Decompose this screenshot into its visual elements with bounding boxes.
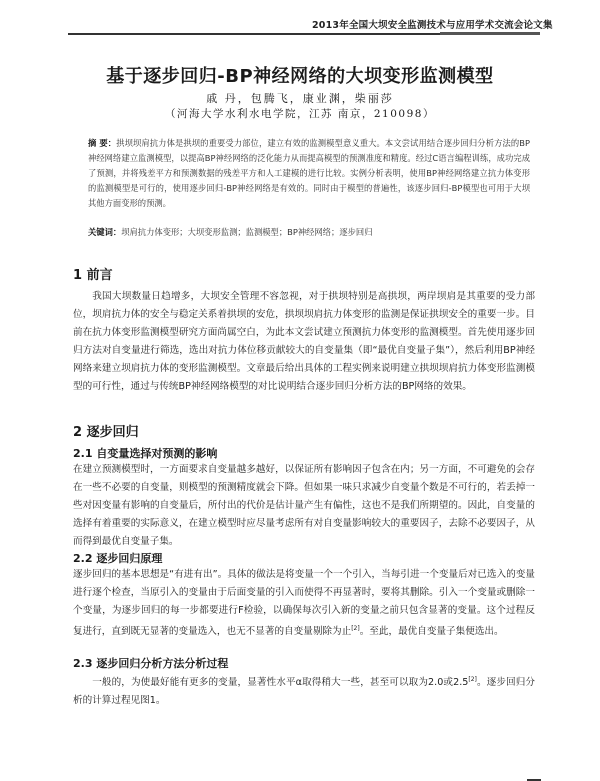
section-2-2-text-end: 。至此，最优自变量子集便选出。 [360, 626, 504, 637]
running-head: 2013年全国大坝安全监测技术与应用学术交流会论文集 [312, 17, 553, 31]
keywords: 关键词：坝肩抗力体变形；大坝变形监测；监测模型；BP神经网络；逐步回归 [88, 226, 530, 238]
abstract-label: 摘 要： [88, 138, 116, 148]
keywords-text: 坝肩抗力体变形；大坝变形监测；监测模型；BP神经网络；逐步回归 [121, 227, 372, 237]
section-2-heading: 2 逐步回归 [73, 421, 139, 440]
section-1-paragraph: 我国大坝数量日趋增多，大坝安全管理不容忽视，对于拱坝特别是高拱坝，两岸坝肩是其重… [73, 288, 535, 396]
keywords-label: 关键词： [88, 227, 121, 237]
section-1-heading: 1 前言 [73, 264, 113, 283]
section-2-2-heading: 2.2 逐步回归原理 [73, 550, 162, 566]
paper-title: 基于逐步回归-BP神经网络的大坝变形监测模型 [0, 62, 600, 88]
section-2-3-heading: 2.3 逐步回归分析方法分析过程 [73, 655, 228, 671]
section-2-1-heading: 2.1 自变量选择对预测的影响 [73, 445, 217, 461]
citation: [2] [351, 625, 360, 632]
section-2-2-paragraph: 逐步回归的基本思想是“有进有出”。具体的做法是将变量一个一个引入，当每引进一个变… [73, 566, 535, 641]
affiliation: （河海大学水利水电学院，江苏 南京，210098） [0, 106, 600, 121]
section-2-3-paragraph: 一般的，为使最好能有更多的变量，显著性水平α取得稍大一些，甚至可以取为2.0或2… [73, 671, 535, 710]
authors: 戚 丹，包腾飞，康业渊，柴丽莎 [0, 90, 600, 106]
abstract-text: 拱坝坝肩抗力体是拱坝的重要受力部位，建立有效的监测模型意义重大。本文尝试用结合逐… [88, 138, 530, 208]
header-rule [68, 33, 540, 35]
abstract: 摘 要：拱坝坝肩抗力体是拱坝的重要受力部位，建立有效的监测模型意义重大。本文尝试… [88, 136, 530, 211]
citation: [2] [468, 676, 477, 683]
section-2-1-paragraph: 在建立预测模型时，一方面要求自变量越多越好，以保证所有影响因子包含在内；另一方面… [73, 461, 535, 551]
section-2-3-text: 一般的，为使最好能有更多的变量，显著性水平α取得稍大一些，甚至可以取为2.0或2… [92, 677, 468, 688]
